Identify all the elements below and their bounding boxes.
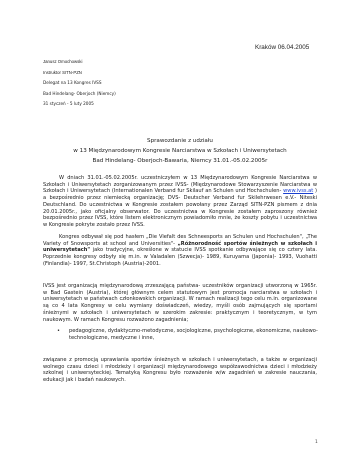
topics-list: • pedagogiczne, dydaktyczno-metodyczne, …	[57, 328, 319, 341]
paragraph-2: Kongres odbywał się pod hasłem „Die Vief…	[43, 234, 317, 268]
paragraph-1: W dniach 31.01.-05.02.2005r. uczestniczy…	[43, 175, 317, 229]
sender-dates: 31 styczeń - 5 luty 2005	[43, 99, 116, 110]
paragraph-1-text-b: ) a bezpośrednio przez niemiecką organiz…	[43, 188, 317, 228]
list-item-text: pedagogiczne, dydaktyczno-metodyczne, so…	[63, 328, 319, 341]
document-page: Kraków 06.04.2005 Janusz Omochowski Inst…	[0, 0, 360, 466]
report-title: Sprawozdanie z udziału w 13 Międzynarodo…	[40, 136, 320, 166]
sender-delegate: Delegat na 13 Kongres IVSS	[43, 78, 116, 89]
paragraph-1-text-a: W dniach 31.01.-05.02.2005r. uczestniczy…	[43, 175, 317, 194]
paragraph-3: IVSS jest organizacją międzynarodową zrz…	[43, 283, 317, 323]
sender-location: Bad Hindelang- Oberjoch (Niemcy)	[43, 89, 116, 100]
place-date: Kraków 06.04.2005	[255, 44, 309, 51]
list-item: • pedagogiczne, dydaktyczno-metodyczne, …	[57, 328, 319, 341]
paragraph-4: związane z promocją uprawiania sportów ś…	[43, 357, 317, 384]
sender-role: Instruktor SITN-PZN	[43, 68, 116, 79]
title-line-3: Bad Hindelang- Oberjoch-Bawaria, Niemcy …	[40, 156, 320, 166]
title-line-2: w 13 Międzynarodowym Kongresie Narciarst…	[40, 146, 320, 156]
sender-name: Janusz Omochowski	[43, 57, 116, 68]
sender-block: Janusz Omochowski Instruktor SITN-PZN De…	[43, 57, 116, 110]
ivss-link[interactable]: www.ivss.at	[283, 188, 313, 194]
bullet-icon: •	[57, 328, 60, 335]
title-line-1: Sprawozdanie z udziału	[40, 136, 320, 146]
page-number: 1	[315, 440, 318, 445]
